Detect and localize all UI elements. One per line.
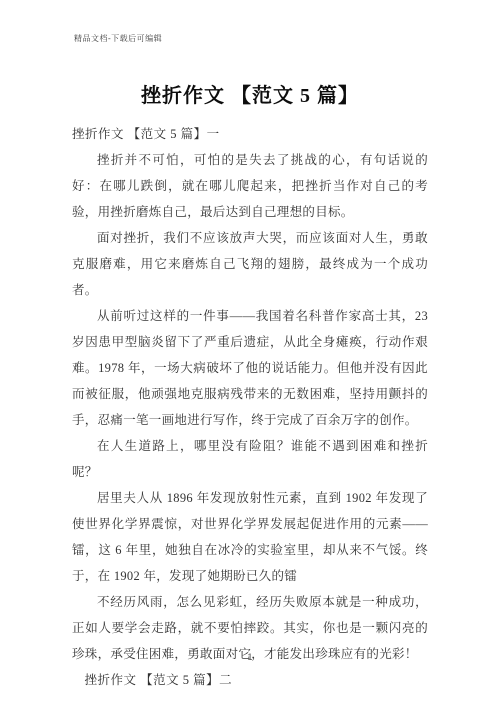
document-page: 精品文档-下载后可编辑 挫折作文 【范文 5 篇】 挫折作文 【范文 5 篇】一… <box>0 0 500 707</box>
paragraph-2: 面对挫折，我们不应该放声大哭，而应该面对人生，勇敢克服磨难，用它来磨炼自己飞翔的… <box>72 225 428 303</box>
section-2-heading: 挫折作文 【范文 5 篇】二 <box>72 667 428 693</box>
paragraph-5: 居里夫人从 1896 年发现放射性元素，直到 1902 年发现了使世界化学界震惊… <box>72 485 428 589</box>
section-1-heading: 挫折作文 【范文 5 篇】一 <box>72 121 428 147</box>
paragraph-3: 从前听过这样的一件事——我国着名科普作家高士其，23 岁因患甲型脑炎留下了严重后… <box>72 303 428 433</box>
paragraph-4: 在人生道路上，哪里没有险阻？谁能不遇到困难和挫折呢？ <box>72 433 428 485</box>
paragraph-1: 挫折并不可怕，可怕的是失去了挑战的心，有句话说的好：在哪儿跌倒，就在哪儿爬起来，… <box>72 147 428 225</box>
page-title: 挫折作文 【范文 5 篇】 <box>0 79 500 108</box>
document-body: 挫折作文 【范文 5 篇】一 挫折并不可怕，可怕的是失去了挑战的心，有句话说的好… <box>72 121 428 693</box>
header-note: 精品文档-下载后可编辑 <box>74 33 162 44</box>
page-number: 1 <box>0 652 500 662</box>
